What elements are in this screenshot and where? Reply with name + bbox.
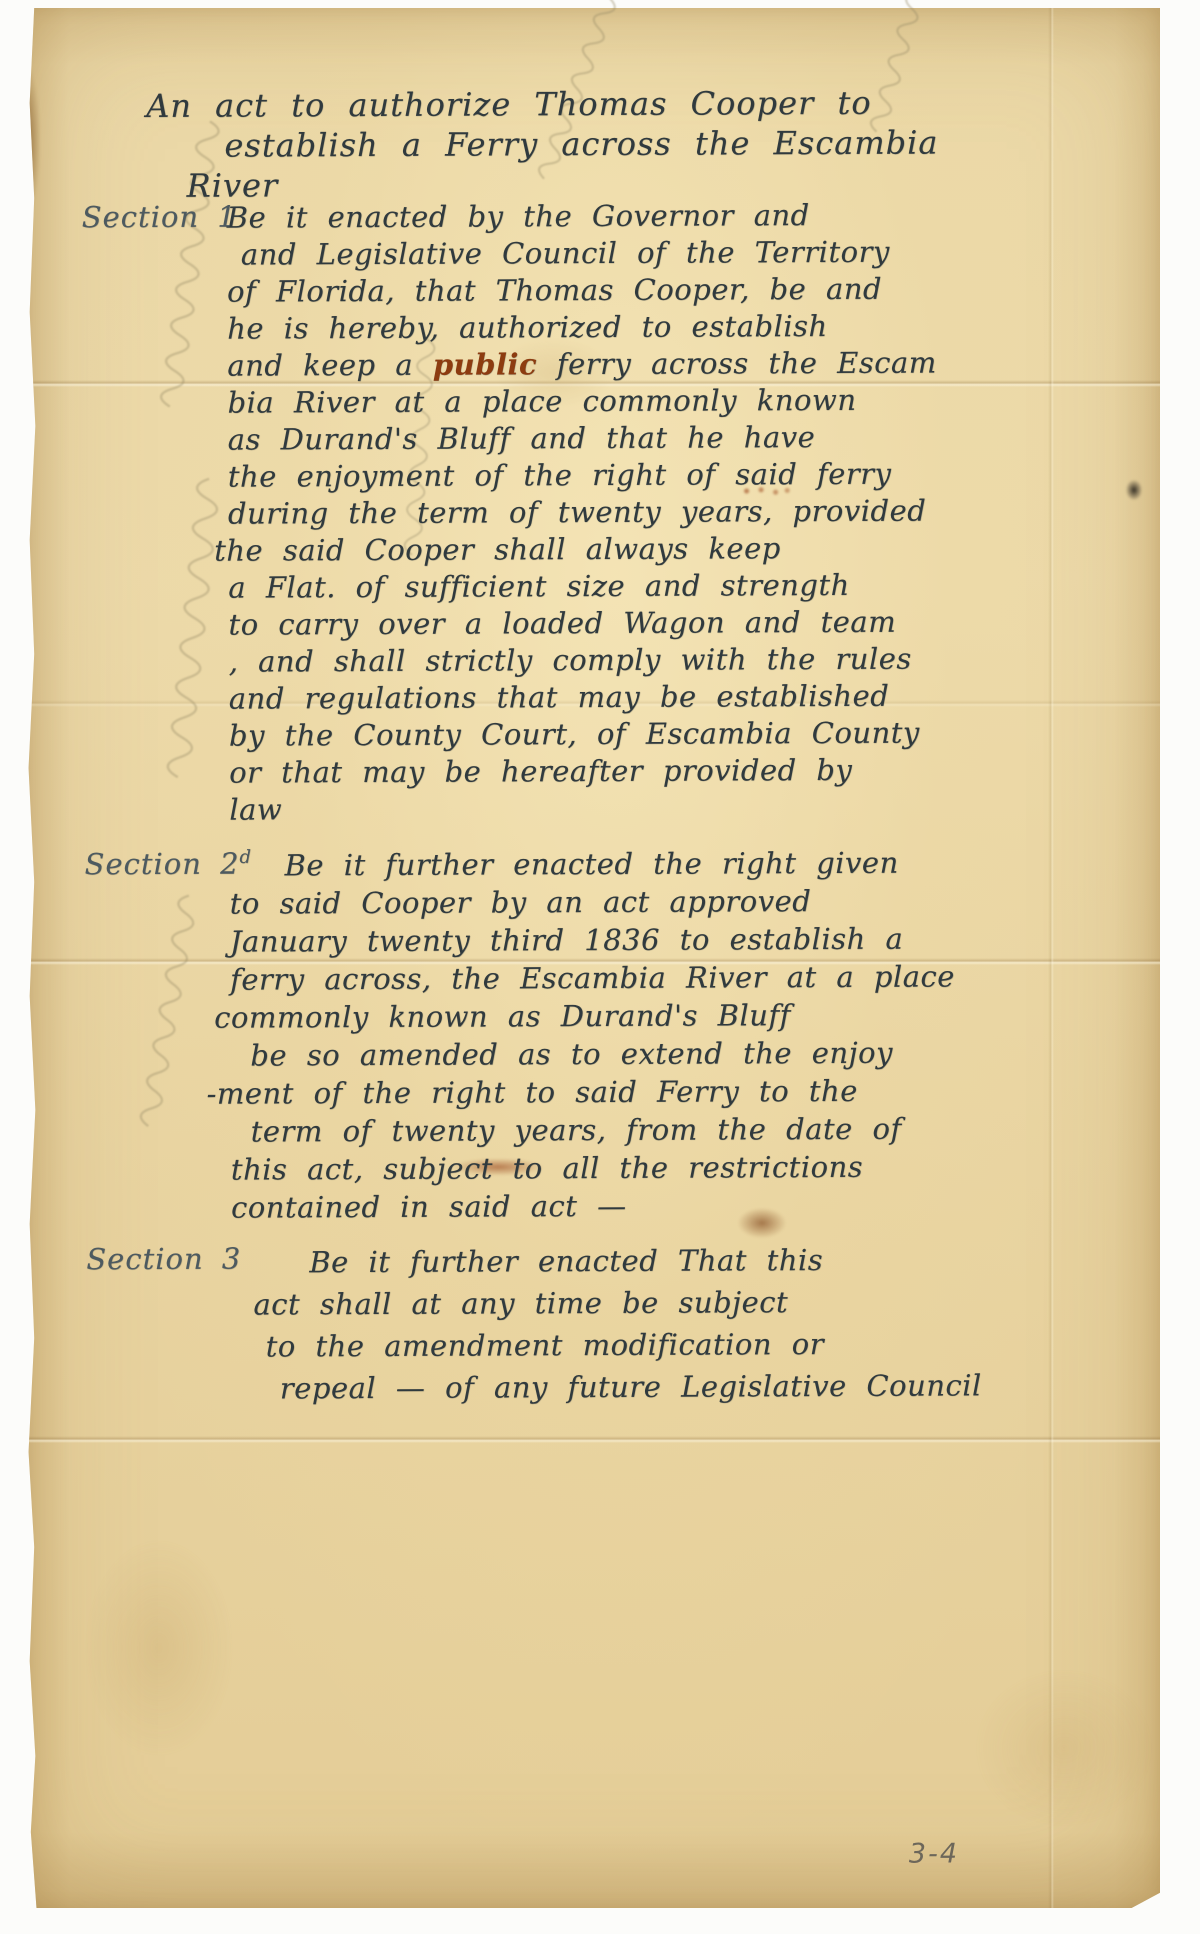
line-text: and keep a — [227, 348, 433, 383]
handwritten-line: and Legislative Council of the Territory — [227, 232, 1197, 273]
handwritten-line: January twenty third 1836 to establish a — [230, 918, 1200, 960]
handwritten-line: commonly known as Durand's Bluff — [214, 994, 1200, 1036]
inserted-word-red-ink: public — [433, 347, 537, 381]
handwritten-line: during the term of twenty years, provide… — [228, 491, 1198, 532]
handwritten-line: by the County Court, of Escambia County — [229, 713, 1199, 754]
handwritten-line: act shall at any time be subject — [231, 1279, 1200, 1325]
handwritten-line: , and shall strictly comply with the rul… — [229, 639, 1199, 680]
section-3: Section 3 Be it further enacted That thi… — [1, 1237, 1200, 1410]
section-lines: Be it further enacted the right givento … — [229, 842, 1200, 1226]
handwritten-line: or that may be hereafter provided by — [229, 750, 1199, 791]
section-label-superscript: d — [239, 847, 252, 868]
title-line: establish a Ferry across the Escambia — [224, 123, 938, 166]
handwritten-line: -ment of the right to said Ferry to the — [206, 1070, 1200, 1112]
section-label-text: Section 3 — [86, 1242, 241, 1277]
handwritten-line: the said Cooper shall always keep — [214, 528, 1198, 569]
handwritten-line: contained in said act — — [231, 1184, 1200, 1226]
handwritten-line: law — [229, 787, 1199, 828]
handwritten-line: this act, subject to all the restriction… — [231, 1146, 1200, 1188]
handwritten-line: to carry over a loaded Wagon and team — [228, 602, 1198, 643]
line-text: ferry across the Escam — [537, 346, 937, 382]
handwritten-line: he is hereby, authorized to establish — [227, 306, 1197, 347]
section-label: Section 1 — [82, 200, 237, 235]
section-lines: Be it enacted by the Governor andand Leg… — [227, 195, 1200, 828]
handwritten-line: ferry across, the Escambia River at a pl… — [230, 956, 1200, 998]
handwritten-line: term of twenty years, from the date of — [231, 1108, 1200, 1150]
section-label: Section 2d — [84, 847, 252, 882]
handwritten-line: Be it further enacted That this — [231, 1237, 1200, 1283]
handwritten-line: the enjoyment of the right of said ferry — [228, 454, 1198, 495]
handwritten-line: and regulations that may be established — [229, 676, 1199, 717]
section-label-text: Section 1 — [82, 200, 237, 235]
section-1: Section 1 Be it enacted by the Governor … — [0, 195, 1199, 829]
document-title: An act to authorize Thomas Cooper to est… — [146, 83, 939, 206]
handwritten-line: to the amendment modification or — [232, 1321, 1200, 1367]
section-2: Section 2d Be it further enacted the rig… — [0, 842, 1200, 1227]
handwriting-layer: An act to authorize Thomas Cooper to est… — [0, 0, 1200, 1934]
handwritten-line: to said Cooper by an act approved — [230, 880, 1200, 922]
handwritten-line: a Flat. of sufficient size and strength — [228, 565, 1198, 606]
handwritten-line: Be it further enacted the right given — [229, 842, 1199, 884]
section-label: Section 3 — [86, 1242, 241, 1277]
section-label-text: Section 2 — [84, 847, 239, 882]
handwritten-line: be so amended as to extend the enjoy — [230, 1032, 1200, 1074]
handwritten-line: repeal — of any future Legislative Counc… — [232, 1363, 1200, 1409]
section-lines: Be it further enacted That thisact shall… — [231, 1237, 1200, 1409]
scanned-document: { "document": { "kind": "handwritten leg… — [0, 0, 1200, 1934]
title-line: An act to authorize Thomas Cooper to — [146, 83, 938, 126]
handwritten-line: bia River at a place commonly known — [227, 380, 1197, 421]
handwritten-line: Be it enacted by the Governor and — [227, 195, 1197, 236]
handwritten-line: and keep a public ferry across the Escam — [227, 343, 1197, 384]
handwritten-line: as Durand's Bluff and that he have — [228, 417, 1198, 458]
page-number: 3-4 — [909, 1838, 959, 1869]
handwritten-line: of Florida, that Thomas Cooper, be and — [227, 269, 1197, 310]
